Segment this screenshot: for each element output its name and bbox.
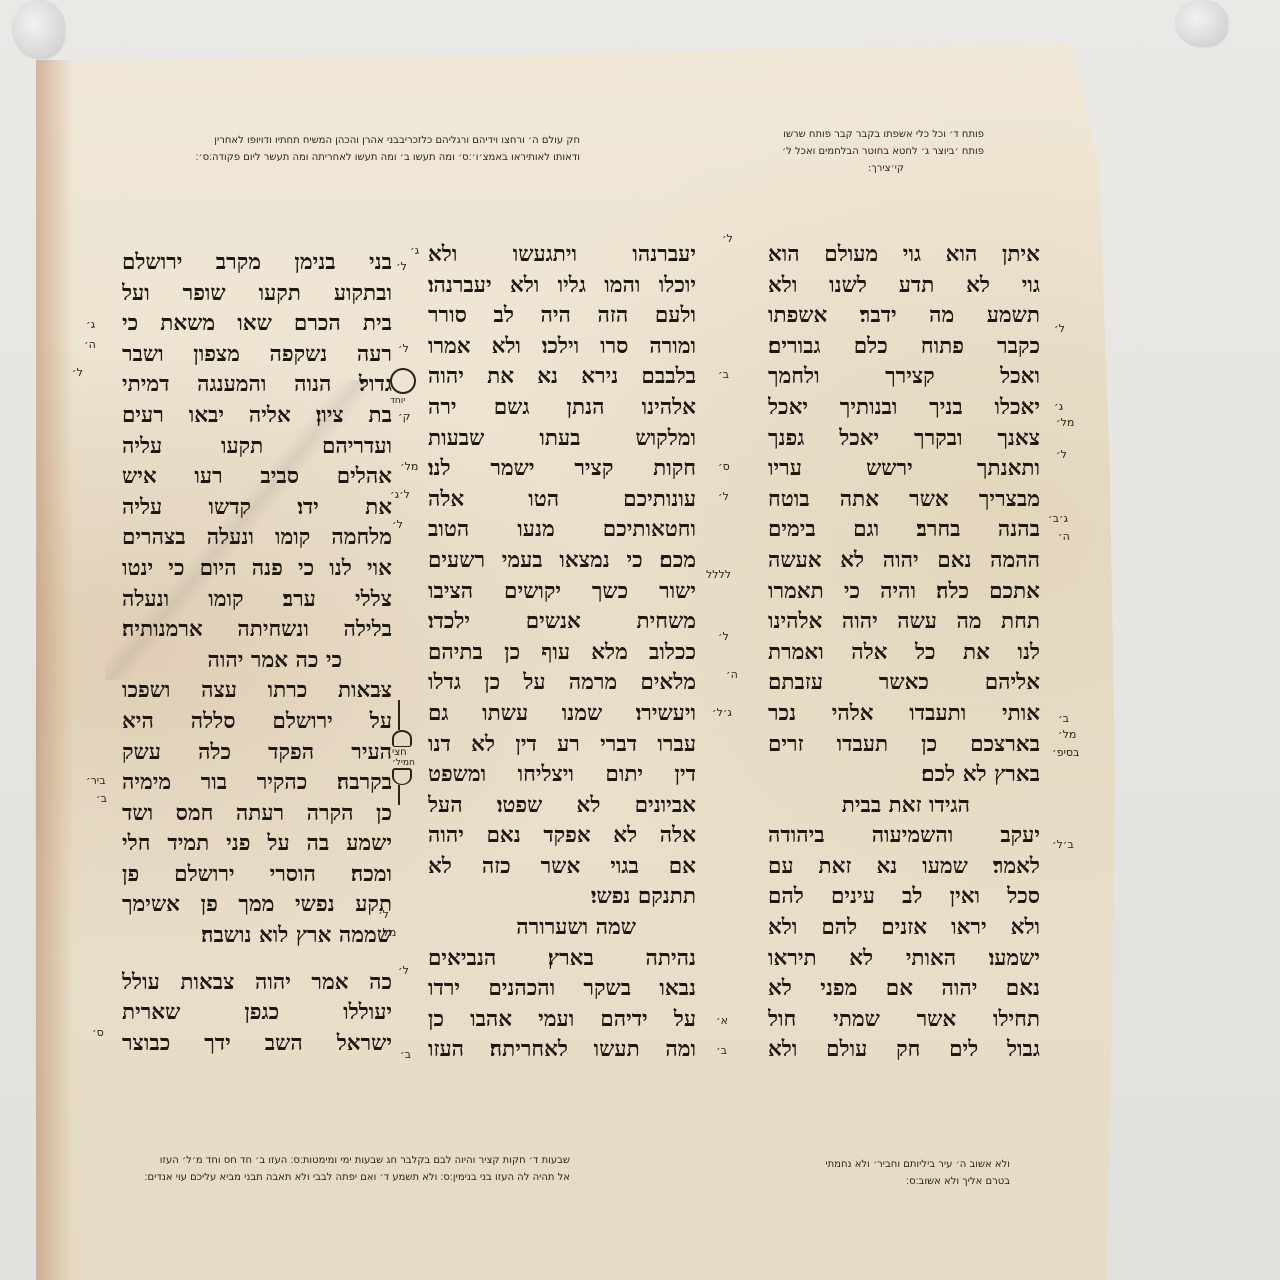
edge-stain bbox=[36, 60, 74, 1280]
masorah-parva-note: בסיפ׳ bbox=[1052, 746, 1079, 759]
masorah-parva-note: ב׳ bbox=[716, 1044, 727, 1057]
masorah-line: פותח ׳ביוצר ג׳ לחטא בחוטר הבלחמים ואכל ל… bbox=[734, 143, 984, 160]
text-line: אליהם כאשר עזבתם bbox=[768, 668, 1040, 699]
half-book-ornament-icon: חצי חמיל׳ bbox=[392, 700, 406, 805]
masorah-parva-note: ל׳ bbox=[1056, 448, 1067, 461]
text-line: בת ציון׃ אליה יבאו רעים bbox=[122, 401, 392, 432]
ornament-label: חמיל׳ bbox=[392, 758, 406, 768]
text-line: דין יתום ויצליחו ומשפט bbox=[428, 760, 696, 791]
text-line: ולעם הזה היה לב סורר bbox=[428, 301, 696, 332]
text-line: ההמה נאם יהוה לא אעשה bbox=[768, 546, 1040, 577]
text-line: הגידו זאת בבית bbox=[768, 791, 1040, 822]
text-line: תשמע מה ידבר׃ אשפתו bbox=[768, 301, 1040, 332]
text-line: העיר הפקד כלה עשק bbox=[122, 738, 392, 769]
text-line: ישראל השב ידך כבוצר bbox=[122, 1029, 392, 1060]
masorah-parva-note: ל׳ bbox=[718, 630, 729, 643]
text-line: ישמע בה על פני תמיד חלי bbox=[122, 829, 392, 860]
masorah-bottom-left: שבעות ד׳ חקות קציר והיוה לבם בקלבר חג שב… bbox=[130, 1152, 570, 1186]
masorah-parva-note: ביר׳ bbox=[86, 774, 106, 787]
text-line: אלה לא אפקד נאם יהוה bbox=[428, 821, 696, 852]
text-line: שממה ארץ לוא נושבה׃ bbox=[122, 921, 392, 952]
masorah-bottom-right: ולא אשוב ה׳ עיר ביליותם וחביר׳ ולא נחמתי… bbox=[750, 1156, 1010, 1190]
masorah-parva-note: ל׳ bbox=[396, 260, 407, 273]
masorah-parva-note: ל׳ג׳ bbox=[390, 488, 410, 501]
masorah-parva-note: ב׳ bbox=[96, 792, 107, 805]
masorah-parva-note: ב׳ bbox=[378, 686, 389, 699]
text-line: על ידיהם ועמי אהבו כן bbox=[428, 1005, 696, 1036]
masorah-parva-note: ל׳ bbox=[378, 908, 389, 921]
text-line: ישמעו׃ האותי לא תיראו bbox=[768, 944, 1040, 975]
mount-tab-top-right bbox=[1176, 0, 1228, 46]
masorah-parva-note: ל׳ bbox=[722, 232, 733, 245]
text-line: את ידו׃ קדשו עליה bbox=[122, 493, 392, 524]
text-line: בלבבם נירא נא את יהוה bbox=[428, 362, 696, 393]
text-column-right: איתן הוא גוי מעולם הוא גוי לא תדע לשנו ו… bbox=[768, 240, 1040, 1066]
text-line: אביונים לא שפטו׃ העל bbox=[428, 791, 696, 822]
masorah-parva-note: ל׳ bbox=[392, 518, 403, 531]
text-line: ועדריהם תקעו עליה bbox=[122, 432, 392, 463]
text-column-middle: יעברנהו ויתגעשו ולא יוכלו והמו גליו ולא … bbox=[428, 240, 696, 1066]
text-line: בקרבה׃ כהקיר בור מימיה bbox=[122, 768, 392, 799]
text-line: ואכל קצירך ולחמך bbox=[768, 362, 1040, 393]
text-line: ככלוב מלא עוף כן בתיהם bbox=[428, 638, 696, 669]
text-line: בארץ לא לכם׃ bbox=[768, 760, 1040, 791]
masorah-parva-note: ג׳ל׳ bbox=[712, 706, 732, 719]
text-line: בני בנימן מקרב ירושלם bbox=[122, 248, 392, 279]
masorah-line: בטרם אליך ולא אשוב׃ס׃ bbox=[750, 1173, 1010, 1190]
masorah-parva-note: ל׳ bbox=[398, 342, 409, 355]
masorah-parva-note: ק׳ bbox=[398, 410, 410, 423]
text-line: תקע נפשי ממך פן אשימך bbox=[122, 890, 392, 921]
text-line: וחטאותיכם מנעו הטוב bbox=[428, 515, 696, 546]
ornament-label: חצי bbox=[392, 747, 406, 758]
text-line: לאמר׃ שמעו נא זאת עם bbox=[768, 852, 1040, 883]
text-line: בארצכם כן תעבדו זרים bbox=[768, 730, 1040, 761]
masorah-parva-note: ג׳ bbox=[410, 244, 419, 257]
masorah-parva-note: ג׳ב׳ bbox=[1048, 512, 1068, 525]
masorah-parva-note: ל׳ bbox=[398, 964, 409, 977]
text-line: רעה נשקפה מצפון ושבר bbox=[122, 340, 392, 371]
text-line: ותאנתך ירשש עריו bbox=[768, 454, 1040, 485]
masorah-parva-note: מל׳ bbox=[1058, 728, 1076, 741]
masorah-parva-note: ל׳ bbox=[718, 490, 729, 503]
masorah-line: אל תהיה לה העזו בני בנימין׃ס׃ ולא תשמע ד… bbox=[130, 1169, 570, 1186]
text-line: יעברנהו ויתגעשו ולא bbox=[428, 240, 696, 271]
text-line: תחילו אשר שמתי חול bbox=[768, 1005, 1040, 1036]
text-line: אם בגוי אשר כזה לא bbox=[428, 852, 696, 883]
text-line: ולא יראו אזנים להם ולא bbox=[768, 913, 1040, 944]
masorah-parva-note: א׳ bbox=[716, 1014, 728, 1027]
masorah-top-left: חק עולם ה׳ ורחצו וידיהם ורגליהם כלזכריבב… bbox=[160, 132, 580, 166]
text-line: צללי ערב׃ קומו ונעלה bbox=[122, 585, 392, 616]
text-line: יעקב והשמיעוה ביהודה bbox=[768, 821, 1040, 852]
text-line: נהיתה בארץ׃ הנביאים bbox=[428, 944, 696, 975]
masorah-parva-note: ב׳ bbox=[1058, 712, 1069, 725]
text-line: נבאו בשקר והכהנים ירדו bbox=[428, 974, 696, 1005]
masorah-parva-note: ס׳ bbox=[718, 460, 730, 473]
text-line: גבול לים חק עולם ולא bbox=[768, 1035, 1040, 1066]
text-line: ויעשירו׃ שמנו עשתו גם bbox=[428, 699, 696, 730]
text-line: תחת מה עשה יהוה אלהינו bbox=[768, 607, 1040, 638]
text-line: אתכם כלה׃ והיה כי תאמרו bbox=[768, 577, 1040, 608]
mount-tab-top-left bbox=[13, 0, 65, 58]
text-line: עונותיכם הטו אלה bbox=[428, 485, 696, 516]
text-line: ומורה סרו וילכו׃ ולא אמרו bbox=[428, 332, 696, 363]
text-line: איתן הוא גוי מעולם הוא bbox=[768, 240, 1040, 271]
masorah-parva-note: ה׳ bbox=[1058, 530, 1070, 543]
text-line: אוי לנו כי פנה היום כי ינטו bbox=[122, 554, 392, 585]
masorah-parva-note: ב׳ל׳ bbox=[1052, 838, 1074, 851]
text-line: ובתקוע תקעו שופר ועל bbox=[122, 279, 392, 310]
text-line: נאם יהוה אם מפני לא bbox=[768, 974, 1040, 1005]
text-line: אותי ותעבדו אלהי נכר bbox=[768, 699, 1040, 730]
text-column-left: בני בנימן מקרב ירושלם ובתקוע תקעו שופר ו… bbox=[122, 248, 392, 1059]
masorah-parva-note: ל׳ bbox=[72, 366, 83, 379]
section-gap bbox=[122, 952, 392, 968]
text-line: סכל ואין לב עינים להם bbox=[768, 882, 1040, 913]
text-line: צאנך ובקרך יאכל גפנך bbox=[768, 424, 1040, 455]
text-line: עברו דברי רע דין לא דנו bbox=[428, 730, 696, 761]
text-line: כי כה אמר יהוה bbox=[122, 646, 392, 677]
text-line: על ירושלם סללה היא bbox=[122, 707, 392, 738]
text-line: אהלים סביב רעו איש bbox=[122, 462, 392, 493]
text-line: בהנה בחרב׃ וגם בימים bbox=[768, 515, 1040, 546]
masorah-parva-note: ג׳ bbox=[86, 318, 95, 331]
masorah-line: פותח ד׳ וכל כלי אשפתו בקבר קבר פותח שרשו bbox=[734, 126, 984, 143]
text-line: שמה ושערורה bbox=[428, 913, 696, 944]
text-line: גדול׃ הנוה והמענגה דמיתי bbox=[122, 370, 392, 401]
masorah-parva-note: ב׳ bbox=[400, 1048, 411, 1061]
text-line: יעוללו כגפן שארית bbox=[122, 998, 392, 1029]
setuma-circle-mark bbox=[390, 368, 416, 394]
masorah-parva-note: ב׳ bbox=[718, 368, 729, 381]
text-line: תתנקם נפשי׃ bbox=[428, 882, 696, 913]
masorah-line: שבעות ד׳ חקות קציר והיוה לבם בקלבר חג שב… bbox=[130, 1152, 570, 1169]
masorah-parva-note: יוחד bbox=[390, 396, 405, 406]
text-line: לנו את כל אלה ואמרת bbox=[768, 638, 1040, 669]
masorah-top-right: פותח ד׳ וכל כלי אשפתו בקבר קבר פותח שרשו… bbox=[734, 126, 984, 177]
text-line: מלאים מרמה על כן גדלו bbox=[428, 668, 696, 699]
text-line: חקות קציר ישמר לנו׃ bbox=[428, 454, 696, 485]
text-line: צבאות כרתו עצה ושפכו bbox=[122, 676, 392, 707]
text-line: ישור כשך יקושים הציבו bbox=[428, 577, 696, 608]
text-line: ומה תעשו לאחריתה׃ העזו bbox=[428, 1035, 696, 1066]
text-line: כקבר פתוח כלם גבורים׃ bbox=[768, 332, 1040, 363]
masorah-parva-note: ג׳ bbox=[1054, 400, 1063, 413]
masorah-parva-note: ס׳ bbox=[92, 1026, 104, 1039]
masorah-parva-note: מל׳ bbox=[378, 926, 396, 939]
text-line: מבצריך אשר אתה בוטח bbox=[768, 485, 1040, 516]
text-line: כה אמר יהוה צבאות עולל bbox=[122, 968, 392, 999]
text-line: בית הכרם שאו משאת כי bbox=[122, 309, 392, 340]
masorah-parva-note: מל׳ bbox=[1056, 416, 1074, 429]
text-line: יאכלו בניך ובנותיך יאכל bbox=[768, 393, 1040, 424]
text-line: מכם׃ כי נמצאו בעמי רשעים bbox=[428, 546, 696, 577]
masorah-line: חק עולם ה׳ ורחצו וידיהם ורגליהם כלזכריבב… bbox=[160, 132, 580, 149]
text-line: משחית אנשים ילכדו׃ bbox=[428, 607, 696, 638]
masorah-parva-note: ה׳ bbox=[726, 668, 738, 681]
text-line: יוכלו והמו גליו ולא יעברנהו׃ bbox=[428, 271, 696, 302]
text-line: ומכה׃ הוסרי ירושלם פן bbox=[122, 860, 392, 891]
masorah-line: ולא אשוב ה׳ עיר ביליותם וחביר׳ ולא נחמתי bbox=[750, 1156, 1010, 1173]
masorah-parva-note: לללל bbox=[706, 568, 731, 581]
masorah-line: קי׳צירך: bbox=[734, 160, 984, 177]
text-line: מלחמה קומו ונעלה בצהרים bbox=[122, 523, 392, 554]
text-line: בלילה ונשחיתה ארמנותיה׃ bbox=[122, 615, 392, 646]
masorah-parva-note: ל׳ bbox=[1054, 322, 1065, 335]
text-line: גוי לא תדע לשנו ולא bbox=[768, 271, 1040, 302]
masorah-parva-note: מל׳ bbox=[400, 460, 418, 473]
text-line: ומלקוש בעתו שבעות bbox=[428, 424, 696, 455]
text-line: כן הקרה רעתה חמס ושד bbox=[122, 799, 392, 830]
text-line: אלהינו הנתן גשם ירה bbox=[428, 393, 696, 424]
masorah-line: ודאותו לאותיראו באמצ׳ו׳׃ס׳ ומה תעשו ב׳ ו… bbox=[160, 149, 580, 166]
masorah-parva-note: ה׳ bbox=[84, 338, 96, 351]
